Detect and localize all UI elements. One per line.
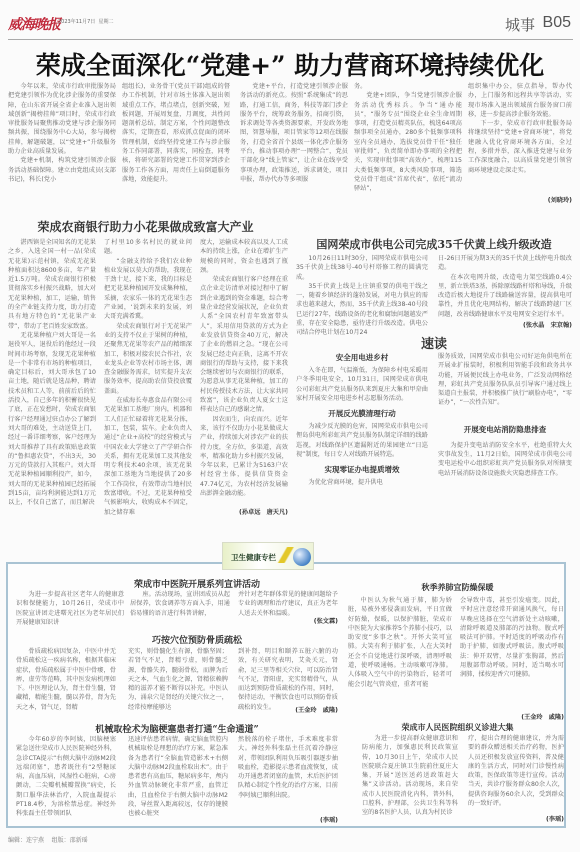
tcm-talk-col-3: 并针对老年群体常见的健康问题给予专业的调理和治疗建议，真正为老年人送去关怀和温暖… [238,590,338,618]
masthead: 威海晚报 2023年11月7日 星期二 城事 B05 [8,8,573,40]
paragraph: 务。 [354,82,462,91]
osteo-col-1: 骨质疏松病因复杂，中医中并无骨质疏松这一疾病名称，根据其临床症状，骨质疏松属于中… [16,647,116,712]
bank-headline: 荣成农商银行助力小花果做成致富大产业 [8,218,283,235]
paragraph: 度大，运输成本较高以及人工成本的持续上涨，企业在增扩生产规模的同时，资金也遇到了… [200,238,288,275]
quick-item-title: 开展反光膜清理行动 [296,408,428,419]
paragraph: 无花果种植户刘大哥是一名退役军人，退役后的他经过一段时间市场考察，发现无花果种植… [8,331,96,508]
tcm-talk-headline: 荣成市中医院开展系列宣讲活动 [12,577,382,590]
paragraph: 组组长)，业务骨干(党员干部)组成的督办工作机制，针对市场主体准入退出领域重点工… [122,82,230,184]
quick-item-title: 实现零证办电提质增效 [296,464,428,475]
layout-credit: 组版：邵新瑶 [52,837,88,844]
bank-col-2: 了村里10多名村民的就业问题。 “金融支持给予我们农业种植业发展以莫大的帮助，我… [104,238,192,517]
globe-icon [293,548,311,566]
grid-col-1: 10月26日11时30分，国网荣成市供电公司35千伏黄上线38号-40号杆塔修工… [296,254,428,338]
quick-item-body: 入冬在即，气温渐低，为保障乡村电采暖用户冬季用电安全，10月31日，国网荣成市供… [296,366,428,403]
lead-headline: 荣成全面深化“党建+” 助力营商环境持续优化 [0,46,580,82]
clinic-col-1: 为进一步提高群众健康意识和防病能力，加强惠民利民政策宣传，10月30日上午，荣成… [362,734,458,818]
paragraph: “金融支持给予我们农业种植业发展以莫大的帮助，我现在干劲十足，接下来，我的目标是… [104,257,192,322]
paragraph: 10月26日11时30分，国网荣成市供电公司35千伏黄上线38号-40号杆塔修工… [296,254,428,282]
tcm-talk-col-1: 为进一步提高社区老年人的健康意识和保健能力，10月26日，荣成市中医院宣讲团走进… [16,590,124,627]
badge-label: 卫生健康专栏 [231,552,276,563]
paragraph: 在威海长寿惠食品有限公司无花果加工基地厂房内，机器和工人们正忙碌着将无花果分拣，… [104,396,192,517]
lead-col-2: 组组长)，业务骨干(党员干部)组成的督办工作机制，针对市场主体准入退出领域重点工… [122,82,230,184]
health-column-badge: 卫生健康专栏 [222,542,314,570]
lead-col-1: 今年以来，荣成市行政审批服务局把党建引领作为优化涉企服务的重要保障，在山东省开展… [8,82,116,184]
clinic-headline: 荣成市人民医院组织义诊进大集 [345,722,570,733]
quick-item-body: 为减少反光膜的危害，国网荣成市供电公司俚岛供电所彩虹共产党员服务队制定详细的线路… [296,422,428,459]
quick-item-title: 安全用电进乡村 [296,352,428,363]
quick-item-body: 服务质效，国网荣成市供电公司好运角供电所在开展业扩报装时，积极利用智能手段和政务… [438,352,572,408]
issue-date: 2023年11月7日 星期二 [58,18,113,25]
paragraph: 党建+机制，构筑党建引领涉企服务活动基础保障。建立由党组成员(支部书记)，科长(… [8,156,116,184]
date-text: 2023年11月7日 [58,19,95,25]
paragraph: 组织集中办公，驻点指导，帮办代办，上门服务和远程共享等活动，实现市场准入退出领域… [468,82,572,119]
quick-reads-title: 速读 [295,333,573,352]
paragraph: 党建+平台，打造党建引领涉企服务活动的新亮点。按照“系统集成”的思路，打通工信，… [240,82,348,184]
lead-col-3: 党建+平台，打造党建引领涉企服务活动的新亮点。按照“系统集成”的思路，打通工信，… [240,82,348,184]
paragraph: 35千伏黄上线是上庄镇重要的供电干线之一，随着乡镇经济的蓬勃发展，对电力供应的需… [296,282,428,338]
autumn-headline: 秋季养肺宜防燥保暖 [345,582,570,593]
quick-col-1: 安全用电进乡村 入冬在即，气温渐低，为保障乡村电采暖用户冬季用电安全，10月31… [296,352,428,488]
stroke-col-3: 然脱落的栓子堵住，手术难度非常大。神经外科张磊主任沉着冷静应对，带领团队利用负压… [238,735,338,800]
page-footer: 编辑：连宁燕 组版：邵新瑶 [8,835,88,844]
section-name: 城事 [505,14,535,35]
lead-byline: (刘晓玲) [468,195,572,204]
paragraph: 今年以来，荣成市行政审批服务局把党建引领作为优化涉企服务的重要保障，在山东省开展… [8,82,116,156]
grid-headline: 国网荣成市供电公司完成35千伏黄上线升级改造 [295,236,573,252]
autumn-col-1: 中医认为秋气通于肺，肺为娇脏，易被外邪侵袭而发病，平日宜做好防燥，保暖，以保护肺… [348,596,452,689]
stroke-col-1: 今年60岁的李阿姨，因脑梗塞紧急送往荣成市人民医院神经外科，急诊CTA提示“右侧… [16,735,116,819]
stroke-col-2: 迅速评估患者病情，确定脑血管腔内机械取栓是理想的治疗方案，紧急准备为患者行“全脑… [128,735,228,819]
quick-item-body: 为提升变电站消防安全水平，杜绝重特大火灾事故发生，11月2日始，国网荣成市供电公… [438,441,572,478]
newspaper-logo: 威海晚报 [8,14,60,34]
stroke-headline: 机械取栓术为脑梗塞患者打通“生命通道” [12,722,342,735]
bank-col-3: 度大，运输成本较高以及人工成本的持续上涨，企业在增扩生产规模的同时，资金也遇到了… [200,238,288,498]
lead-col-4: 务。 党建+团队，争当党建引领涉企服务活动优秀标兵。争当“通办能员”，“服务专员… [354,82,462,194]
clinic-col-2: 疗，提出合理的健康建议，并为需要的群众赠送相关治疗药物，医护人员还积极发放宣传资… [468,734,564,808]
paragraph: 荣成农商银行对于无花果产业的支持不仅止于果树的种植，还聚焦无花果等农产品的精细深… [104,322,192,396]
autumn-col-2: 会导致中毒，甚至引发癌变。因此，平时应注意经常开窗通风换气，每日早晚应选择在空气… [460,596,564,680]
grid-col-2: 日-26日开展为期3天的35千伏黄上线停电升级改造。 在本次电网升级，改造电力架… [438,254,572,319]
lead-col-5: 组织集中办公，驻点指导，帮办代办，上门服务和远程共享等活动，实现市场准入退出领域… [468,82,572,175]
page-number: B05 [543,14,571,32]
paragraph: 日-26日开展为期3天的35千伏黄上线停电升级改造。 [438,254,572,273]
bank-byline: (孙卓远 唐天凡) [200,507,288,516]
editor-credit: 编辑：连宁燕 [8,837,44,844]
paragraph: 湛西镇是全国知名的无花果之乡，入选全国一村一品(荣成无花果)示范村镇，荣成无花果… [8,238,96,331]
osteo-byline: (王金玲 戚隆) [238,705,338,714]
paragraph: 党建+团队，争当党建引领涉企服务活动优秀标兵。争当“通办能员”，“服务专员”围绕… [354,91,462,193]
quick-col-2: 服务质效，国网荣成市供电公司好运角供电所在开展业扩报装时，积极利用智能手段和政务… [438,352,572,478]
quick-item-title: 开展变电站消防隐患排查 [438,424,572,435]
paragraph: 因农而生，向农而兴。近年来，该行不仅助力小花果做成大产业，持续加大对涉农产业的扶… [200,415,288,499]
autumn-byline: (王金玲 戚隆) [460,712,564,721]
osteo-col-3: 到补肾，明目和颐养五脏六腑的功效，有关研究表明，艾灸关元，肾俞，足三里等相关穴位… [238,647,338,712]
grid-byline: (张水晶 宋京翰) [438,320,572,329]
clinic-byline: (李瑶) [468,814,564,823]
paragraph: 下一步，荣成市行政审批服务局将继续坚持“党建+营商环境”，将党建融入优化营商环境… [468,119,572,175]
paragraph: 荣成农商银行客户经理在重点企业走访清单对接过程中了解到企业遇到的资金难题，综合考… [200,275,288,414]
paragraph: 了村里10多名村民的就业问题。 [104,238,192,257]
tcm-talk-byline: (张文霖) [238,616,338,625]
bank-col-1: 湛西镇是全国知名的无花果之乡，入选全国一村一品(荣成无花果)示范村镇，荣成无花果… [8,238,96,508]
weekday-text: 星期二 [98,19,113,25]
paragraph: 在本次电网升级，改造电力架空线路0.4公里，新立铁塔3基，拆除原线路杆塔和导线，… [438,273,572,319]
tcm-talk-col-2: 座。活动现场，宣讲团成员从起居保养，饮食调养等方面入手，用通俗易懂的语言进行科普… [130,590,230,618]
osteo-col-2: 充实，则骨髓化生有源，骨骼坚固；若肾气不足，肾精亏虚，则骨髓乏源，骨骼失养，髓弱… [128,647,228,712]
osteo-headline: 巧按穴位预防骨质疏松 [12,633,382,646]
stroke-byline: (李瑶) [238,815,338,824]
quick-item-body: 为优化营商环境，提升供电 [296,478,428,487]
